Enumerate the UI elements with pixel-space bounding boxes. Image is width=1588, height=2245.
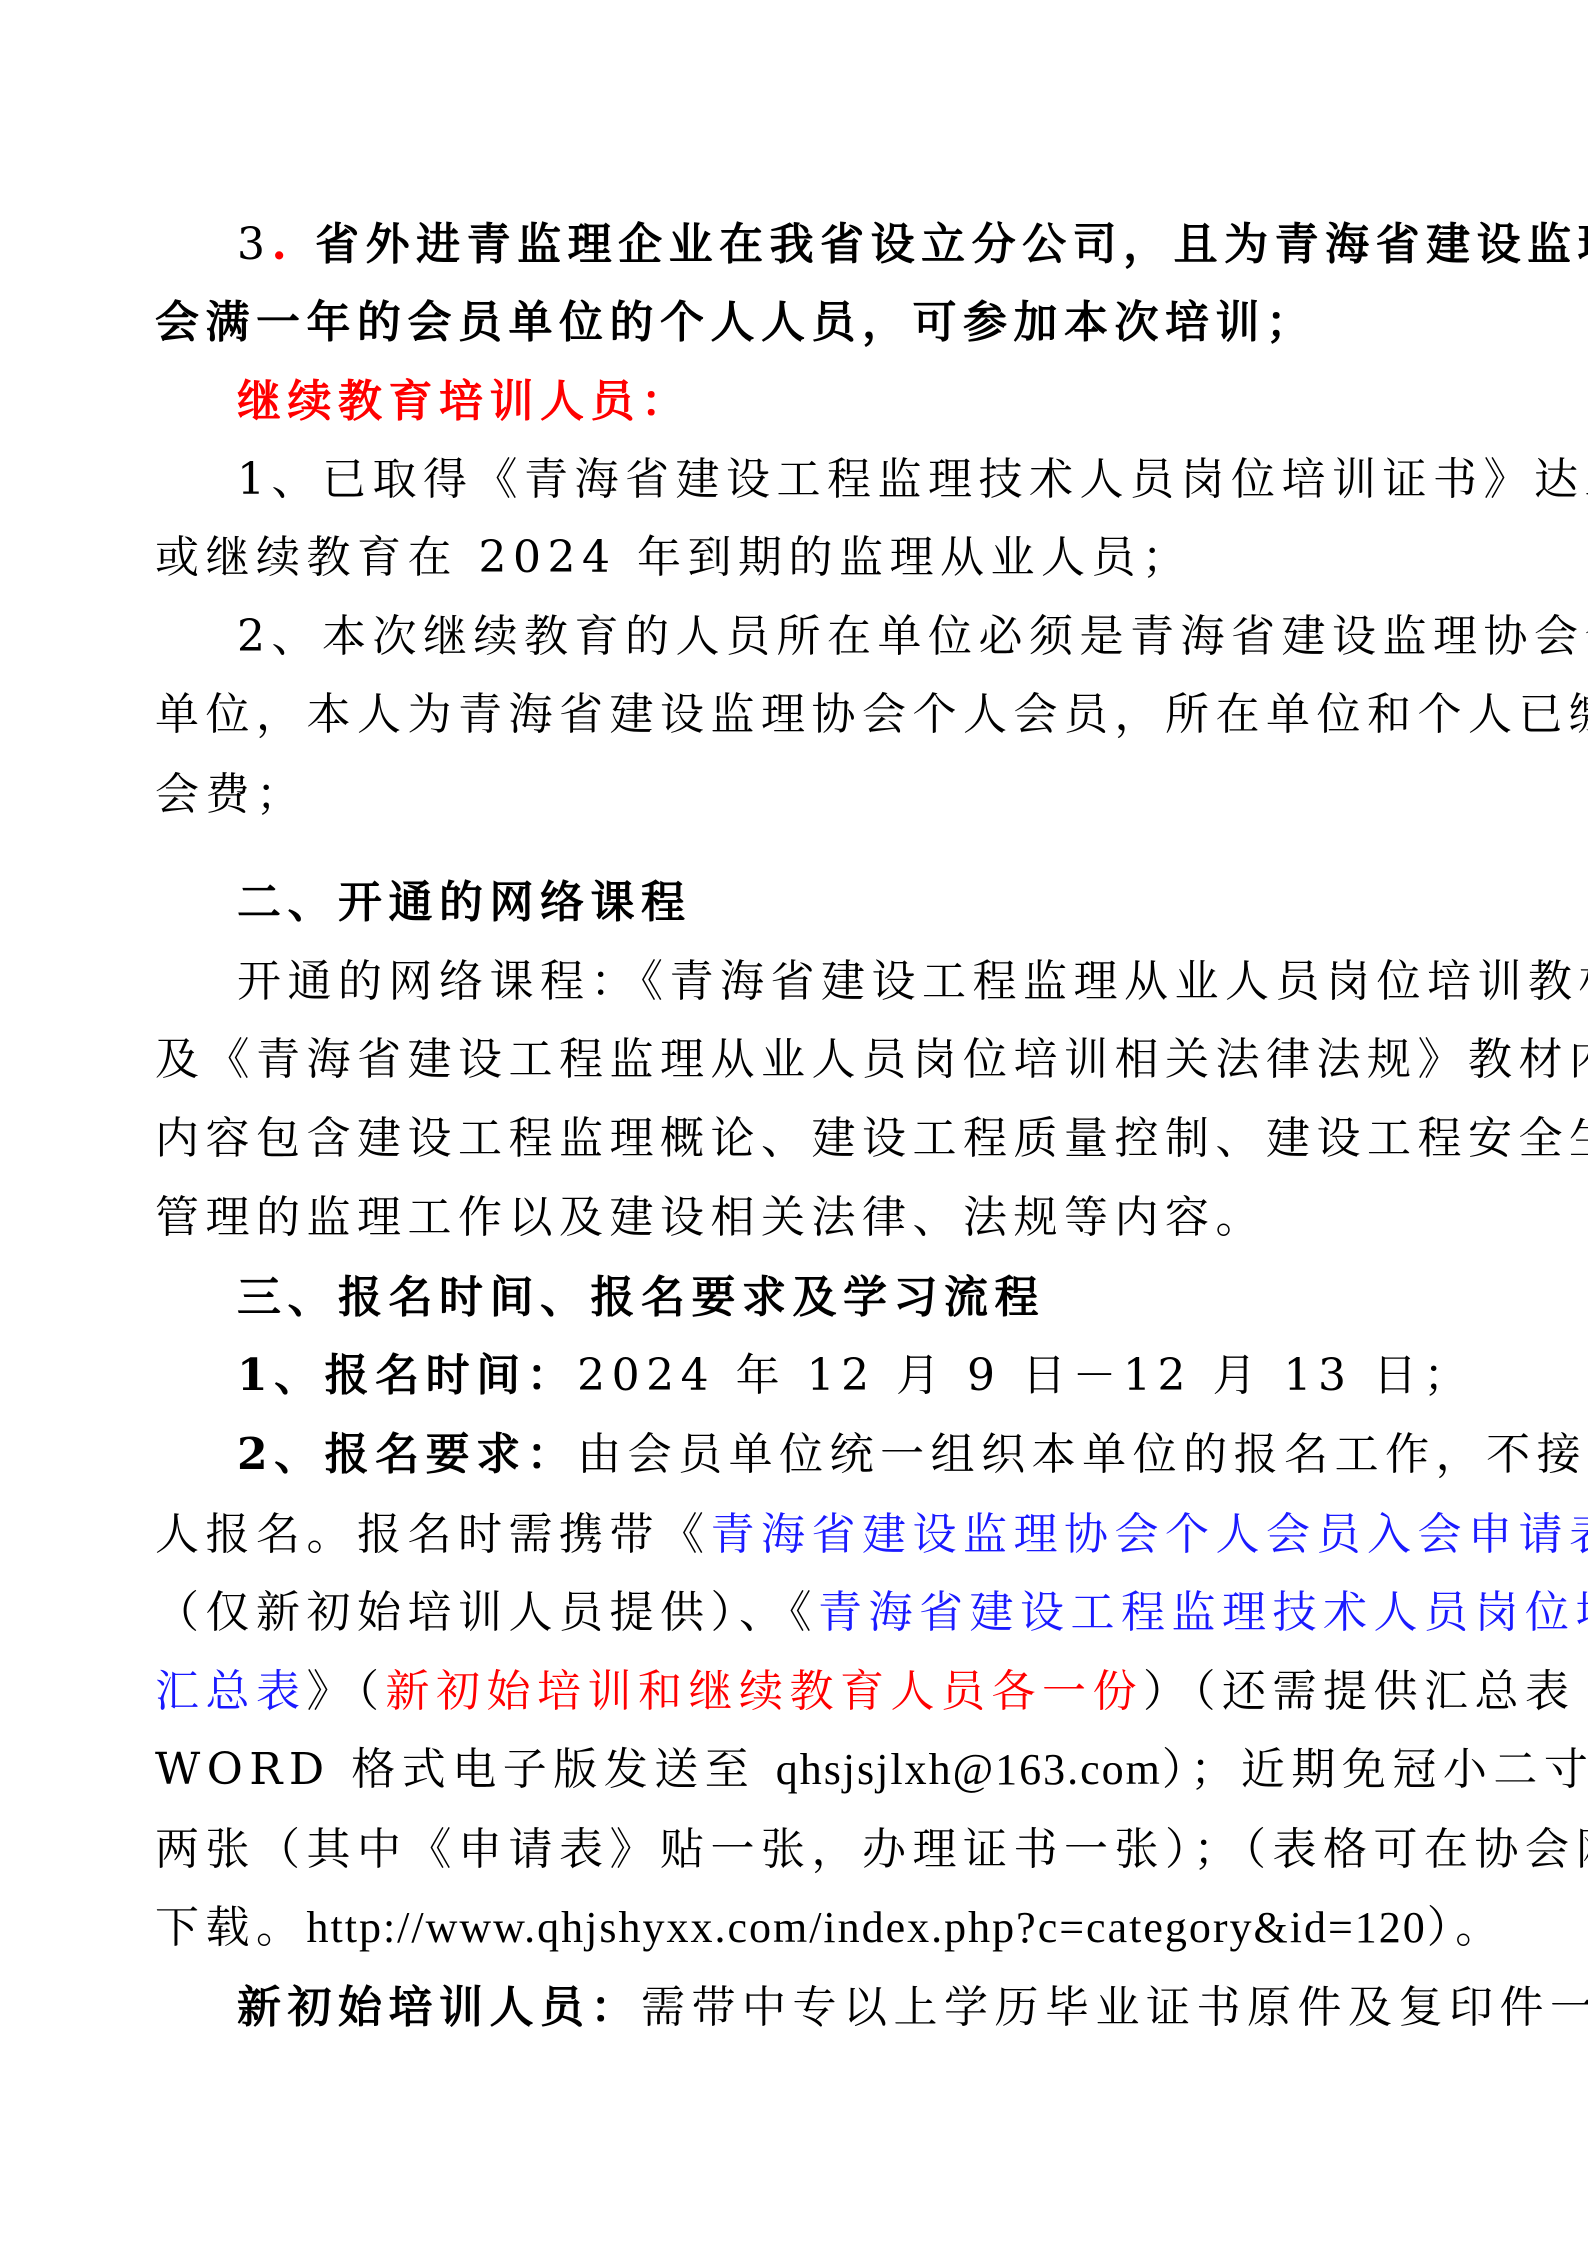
section2-heading: 二、开通的网络课程	[237, 873, 1455, 933]
req-line4-red-note: 新初始培训和继续教育人员各一份	[386, 1666, 1144, 1717]
section3-heading: 三、报名时间、报名要求及学习流程	[237, 1268, 1455, 1328]
section2-line3: 内容包含建设工程监理概论、建设工程质量控制、建设工程安全生产	[155, 1109, 1455, 1169]
req-line4-close: 》（	[307, 1666, 386, 1717]
ce-item2-line3: 会费；	[155, 765, 1455, 825]
registration-req-line1-text: 由会员单位统一组织本单位的报名工作，不接受个	[577, 1429, 1588, 1480]
item3-dot: .	[272, 219, 294, 270]
registration-req-line1: 2、报名要求：由会员单位统一组织本单位的报名工作，不接受个	[237, 1425, 1455, 1485]
continuing-education-heading: 继续教育培训人员：	[237, 372, 1455, 432]
download-url[interactable]: http://www.qhjshyxx.com/index.php?c=cate…	[307, 1903, 1427, 1952]
ce-item1-line1: 1、已取得《青海省建设工程监理技术人员岗位培训证书》达三年	[237, 450, 1455, 510]
registration-req-line7: 下载。http://www.qhjshyxx.com/index.php?c=c…	[155, 1898, 1455, 1958]
training-summary-form-link-part1[interactable]: 青海省建设工程监理技术人员岗位培训	[818, 1587, 1588, 1638]
registration-req-label: 2、报名要求：	[237, 1429, 577, 1480]
registration-req-line6: 两张（其中《申请表》贴一张，办理证书一张）；（表格可在协会网站	[155, 1820, 1455, 1880]
section2-line2: 及《青海省建设工程监理从业人员岗位培训相关法律法规》教材内容，	[155, 1030, 1455, 1090]
registration-req-line4: 汇总表》（新初始培训和继续教育人员各一份）（还需提供汇总表	[155, 1662, 1455, 1722]
new-trainees-line: 新初始培训人员：需带中专以上学历毕业证书原件及复印件一份。	[237, 1978, 1455, 2038]
registration-time-value: 2024 年 12 月 9 日－12 月 13 日；	[577, 1350, 1474, 1401]
ce-item2-line1: 2、本次继续教育的人员所在单位必须是青海省建设监理协会会员	[237, 607, 1455, 667]
training-summary-form-link-part2[interactable]: 汇总表	[155, 1666, 307, 1717]
registration-req-line2: 人报名。报名时需携带《青海省建设监理协会个人会员入会申请表》	[155, 1505, 1455, 1565]
item3-line2: 会满一年的会员单位的个人人员，可参加本次培训；	[155, 293, 1455, 353]
req-line7-prefix: 下载。	[155, 1902, 307, 1953]
req-line5-prefix: WORD 格式电子版发送至	[155, 1744, 776, 1795]
section2-line4: 管理的监理工作以及建设相关法律、法规等内容。	[155, 1188, 1455, 1248]
membership-application-form-link[interactable]: 青海省建设监理协会个人会员入会申请表	[711, 1509, 1588, 1560]
new-trainees-label: 新初始培训人员：	[237, 1982, 641, 2033]
email-address[interactable]: qhsjsjlxh@163.com	[776, 1745, 1162, 1794]
item3-line1: 3. 省外进青监理企业在我省设立分公司，且为青海省建设监理协	[237, 215, 1455, 275]
registration-req-line5: WORD 格式电子版发送至 qhsjsjlxh@163.com）；近期免冠小二寸…	[155, 1740, 1455, 1800]
req-line5-suffix: ）；近期免冠小二寸照片	[1162, 1744, 1588, 1795]
req-line3-prefix: （仅新初始培训人员提供）、《	[155, 1587, 818, 1638]
ce-item2-line2: 单位，本人为青海省建设监理协会个人会员，所在单位和个人已缴清	[155, 685, 1455, 745]
registration-req-line3: （仅新初始培训人员提供）、《青海省建设工程监理技术人员岗位培训	[155, 1583, 1455, 1643]
item3-number: 3	[237, 219, 272, 270]
req-line7-suffix: ）。	[1427, 1902, 1506, 1953]
registration-time-line: 1、报名时间：2024 年 12 月 9 日－12 月 13 日；	[237, 1346, 1455, 1406]
new-trainees-text: 需带中专以上学历毕业证书原件及复印件一份。	[641, 1982, 1588, 2033]
registration-time-label: 1、报名时间：	[237, 1350, 577, 1401]
section2-line1: 开通的网络课程：《青海省建设工程监理从业人员岗位培训教材》	[237, 952, 1455, 1012]
item3-text-line1: 省外进青监理企业在我省设立分公司，且为青海省建设监理协	[315, 219, 1588, 270]
req-line4-suffix: ）（还需提供汇总表	[1143, 1666, 1576, 1717]
ce-item1-line2: 或继续教育在 2024 年到期的监理从业人员；	[155, 528, 1455, 588]
req-line2-prefix: 人报名。报名时需携带《	[155, 1509, 711, 1560]
